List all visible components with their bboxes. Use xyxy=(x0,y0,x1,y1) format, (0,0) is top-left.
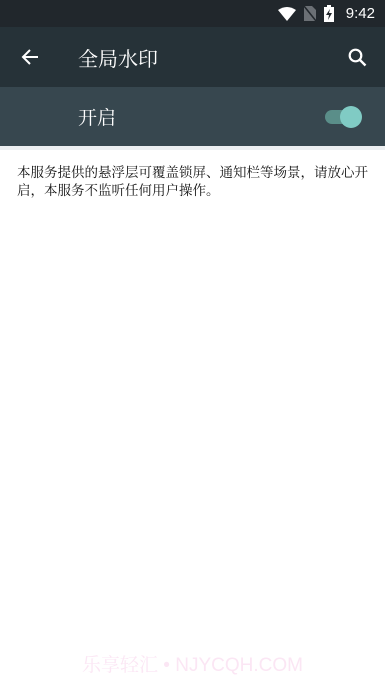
watermark-overlay: 乐享轻汇 • NJYCQH.COM xyxy=(0,650,385,677)
battery-charging-icon xyxy=(324,5,334,22)
no-sim-icon xyxy=(304,6,316,21)
app-bar: 全局水印 xyxy=(0,27,385,87)
service-description: 本服务提供的悬浮层可覆盖锁屏、通知栏等场景，请放心开启，本服务不监听任何用户操作… xyxy=(17,164,372,200)
master-toggle[interactable] xyxy=(323,105,363,129)
status-bar: 9:42 xyxy=(0,0,385,27)
search-icon xyxy=(348,48,367,67)
arrow-left-icon xyxy=(21,49,39,65)
search-button[interactable] xyxy=(329,27,385,87)
master-switch-bar[interactable]: 开启 xyxy=(0,87,385,146)
divider xyxy=(0,146,385,150)
clock: 9:42 xyxy=(346,5,375,22)
toggle-thumb xyxy=(340,106,362,128)
back-button[interactable] xyxy=(0,27,60,87)
master-switch-label: 开启 xyxy=(78,103,323,130)
page-title: 全局水印 xyxy=(78,43,329,72)
wifi-icon xyxy=(278,7,296,21)
